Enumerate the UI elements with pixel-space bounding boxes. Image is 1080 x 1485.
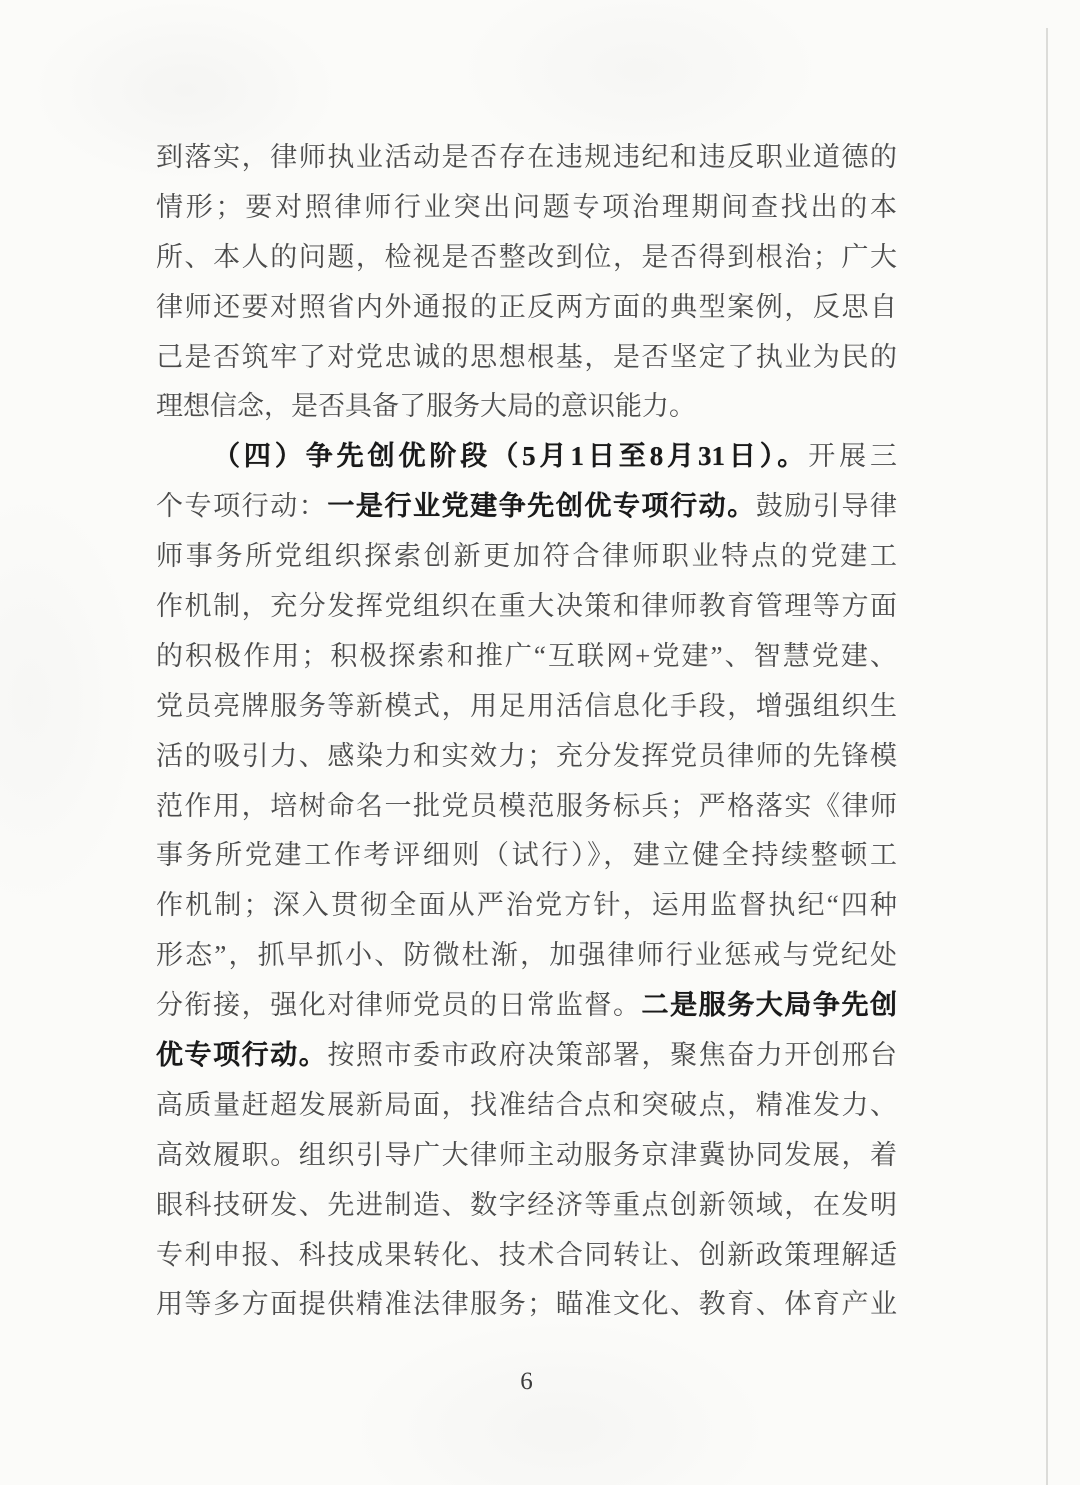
text-line: 所、本人的问题，检视是否整改到位，是否得到根治；广大 (156, 233, 897, 283)
text-line: 律师还要对照省内外通报的正反两方面的典型案例，反思自 (156, 283, 897, 333)
bold-text-segment: 优专项行动。 (156, 1040, 327, 1070)
text-segment: 情形；要对照律师行业突出问题专项治理期间查找出的本 (156, 192, 897, 222)
text-line: 高质量赶超发展新局面，找准结合点和突破点，精准发力、 (156, 1081, 897, 1131)
text-segment: 用等多方面提供精准法律服务；瞄准文化、教育、体育产业 (156, 1289, 897, 1319)
text-line: 眼科技研发、先进制造、数字经济等重点创新领域，在发明 (156, 1181, 897, 1231)
scan-edge-line (1046, 28, 1048, 1485)
text-segment: 理想信念，是否具备了服务大局的意识能力。 (156, 391, 696, 421)
text-line: 高效履职。组织引导广大律师主动服务京津冀协同发展，着 (156, 1131, 897, 1181)
text-line: 个专项行动：一是行业党建争先创优专项行动。鼓励引导律 (156, 482, 897, 532)
text-segment: 专利申报、科技成果转化、技术合同转让、创新政策理解适 (156, 1240, 897, 1270)
text-segment: 活的吸引力、感染力和实效力；充分发挥党员律师的先锋模 (156, 741, 897, 771)
text-line: 形态”，抓早抓小、防微杜渐，加强律师行业惩戒与党纪处 (156, 931, 897, 981)
text-segment: 事务所党建工作考评细则（试行）》，建立健全持续整顿工 (156, 840, 897, 870)
page-number: 6 (156, 1367, 897, 1397)
text-segment: 作机制，充分发挥党组织在重大决策和律师教育管理等方面 (156, 591, 897, 621)
text-line: 范作用，培树命名一批党员模范服务标兵；严格落实《律师 (156, 782, 897, 832)
text-line: 情形；要对照律师行业突出问题专项治理期间查找出的本 (156, 183, 897, 233)
text-line: 的积极作用；积极探索和推广“互联网+党建”、智慧党建、 (156, 632, 897, 682)
text-segment: 律师还要对照省内外通报的正反两方面的典型案例，反思自 (156, 292, 897, 322)
text-segment: 师事务所党组织探索创新更加符合律师职业特点的党建工 (156, 541, 897, 571)
text-line: 师事务所党组织探索创新更加符合律师职业特点的党建工 (156, 532, 897, 582)
text-line: 党员亮牌服务等新模式，用足用活信息化手段，增强组织生 (156, 682, 897, 732)
text-segment: 分衔接，强化对律师党员的日常监督。 (156, 990, 642, 1020)
text-segment: 按照市委市政府决策部署，聚焦奋力开创邢台 (327, 1040, 897, 1070)
text-segment: 所、本人的问题，检视是否整改到位，是否得到根治；广大 (156, 242, 897, 272)
text-line: 己是否筑牢了对党忠诚的思想根基，是否坚定了执业为民的 (156, 333, 897, 383)
text-line: 优专项行动。按照市委市政府决策部署，聚焦奋力开创邢台 (156, 1031, 897, 1081)
text-segment: 鼓励引导律 (756, 491, 897, 521)
bold-text-segment: （四）争先创优阶段（5月1日至8月31日）。 (213, 441, 808, 471)
bold-text-segment: 一是行业党建争先创优专项行动。 (327, 491, 755, 521)
text-segment: 个专项行动： (156, 491, 327, 521)
text-line: 理想信念，是否具备了服务大局的意识能力。 (156, 382, 897, 432)
text-segment: 的积极作用；积极探索和推广“互联网+党建”、智慧党建、 (156, 641, 897, 671)
scanned-document-page: 到落实，律师执业活动是否存在违规违纪和违反职业道德的情形；要对照律师行业突出问题… (0, 0, 1080, 1485)
text-line: 分衔接，强化对律师党员的日常监督。二是服务大局争先创 (156, 981, 897, 1031)
document-body-text: 到落实，律师执业活动是否存在违规违纪和违反职业道德的情形；要对照律师行业突出问题… (156, 133, 897, 1330)
text-segment: 高效履职。组织引导广大律师主动服务京津冀协同发展，着 (156, 1140, 897, 1170)
text-line: 作机制，充分发挥党组织在重大决策和律师教育管理等方面 (156, 582, 897, 632)
bold-text-segment: 二是服务大局争先创 (642, 990, 897, 1020)
text-segment: 眼科技研发、先进制造、数字经济等重点创新领域，在发明 (156, 1190, 897, 1220)
text-line: 作机制；深入贯彻全面从严治党方针，运用监督执纪“四种 (156, 881, 897, 931)
text-segment: 范作用，培树命名一批党员模范服务标兵；严格落实《律师 (156, 791, 897, 821)
text-line: （四）争先创优阶段（5月1日至8月31日）。开展三 (156, 432, 897, 482)
text-line: 用等多方面提供精准法律服务；瞄准文化、教育、体育产业 (156, 1280, 897, 1330)
text-line: 专利申报、科技成果转化、技术合同转让、创新政策理解适 (156, 1231, 897, 1281)
text-segment: 高质量赶超发展新局面，找准结合点和突破点，精准发力、 (156, 1090, 897, 1120)
text-segment: 形态”，抓早抓小、防微杜渐，加强律师行业惩戒与党纪处 (156, 940, 897, 970)
text-segment: 党员亮牌服务等新模式，用足用活信息化手段，增强组织生 (156, 691, 897, 721)
text-segment: 开展三 (808, 441, 897, 471)
text-segment: 己是否筑牢了对党忠诚的思想根基，是否坚定了执业为民的 (156, 342, 897, 372)
text-segment: 作机制；深入贯彻全面从严治党方针，运用监督执纪“四种 (156, 890, 897, 920)
text-segment: 到落实，律师执业活动是否存在违规违纪和违反职业道德的 (156, 142, 897, 172)
text-line: 事务所党建工作考评细则（试行）》，建立健全持续整顿工 (156, 831, 897, 881)
text-line: 活的吸引力、感染力和实效力；充分发挥党员律师的先锋模 (156, 732, 897, 782)
text-line: 到落实，律师执业活动是否存在违规违纪和违反职业道德的 (156, 133, 897, 183)
